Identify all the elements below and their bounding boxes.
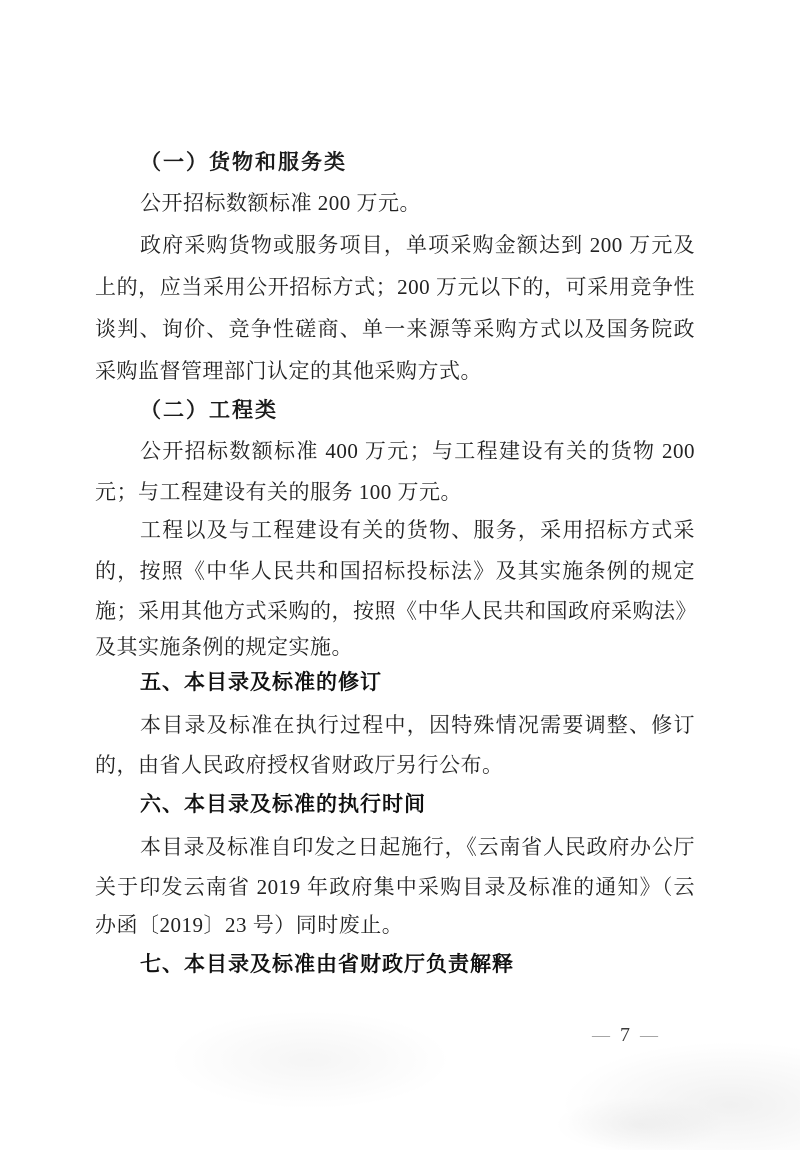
paragraph-line: 办函〔2019〕23 号）同时废止。: [95, 910, 695, 944]
paragraph-line: 公开招标数额标准 400 万元；与工程建设有关的货物 200 万: [95, 436, 695, 470]
paragraph-line: 及其实施条例的规定实施。: [95, 632, 695, 666]
paragraph-line: 公开招标数额标准 200 万元。: [95, 188, 695, 222]
page-number-right-dash: —: [640, 1025, 658, 1045]
paragraph-line: 采购监督管理部门认定的其他采购方式。: [95, 356, 695, 390]
paragraph-line: 工程以及与工程建设有关的货物、服务，采用招标方式采购: [95, 515, 695, 549]
subsection-heading-goods-services: （一）货物和服务类: [95, 147, 695, 181]
document-page: （一）货物和服务类 公开招标数额标准 200 万元。 政府采购货物或服务项目，单…: [0, 0, 800, 1150]
paragraph-line: 元；与工程建设有关的服务 100 万元。: [95, 477, 695, 511]
page-number-value: 7: [610, 1024, 640, 1046]
paragraph-line: 政府采购货物或服务项目，单项采购金额达到 200 万元及以: [95, 230, 695, 264]
paragraph-line: 本目录及标准在执行过程中，因特殊情况需要调整、修订: [95, 710, 695, 744]
paragraph-line: 上的，应当采用公开招标方式；200 万元以下的，可采用竞争性: [95, 272, 695, 306]
section-heading-interpretation: 七、本目录及标准由省财政厅负责解释: [95, 950, 695, 984]
page-number: —7—: [575, 1022, 675, 1052]
paragraph-line: 的，由省人民政府授权省财政厅另行公布。: [95, 750, 695, 784]
paragraph-line: 谈判、询价、竞争性磋商、单一来源等采购方式以及国务院政府: [95, 314, 695, 348]
paragraph-line: 的，按照《中华人民共和国招标投标法》及其实施条例的规定实: [95, 556, 695, 590]
section-heading-effective-time: 六、本目录及标准的执行时间: [95, 790, 695, 824]
paragraph-line: 关于印发云南省 2019 年政府集中采购目录及标准的通知》（云政: [95, 872, 695, 906]
paragraph-line: 施；采用其他方式采购的，按照《中华人民共和国政府采购法》: [95, 596, 695, 630]
page-number-left-dash: —: [592, 1025, 610, 1045]
section-heading-revision: 五、本目录及标准的修订: [95, 668, 695, 702]
paragraph-line: 本目录及标准自印发之日起施行，《云南省人民政府办公厅: [95, 832, 695, 866]
subsection-heading-engineering: （二）工程类: [95, 395, 695, 429]
